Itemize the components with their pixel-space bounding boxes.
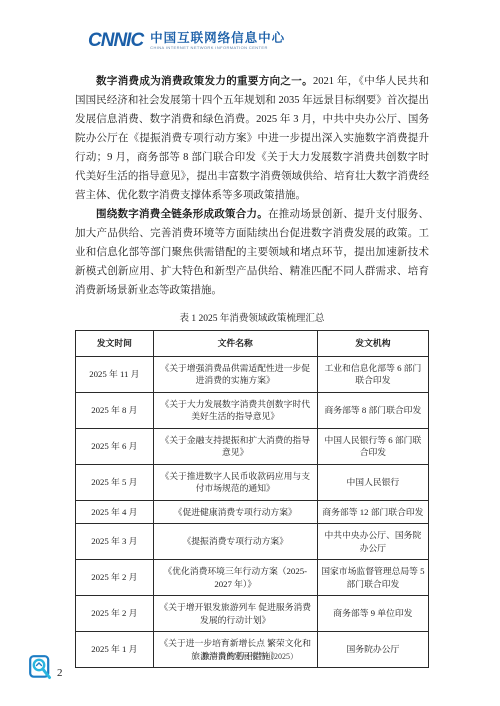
cell-date: 2025 年 5 月	[76, 464, 154, 500]
table-caption: 表 1 2025 年消费领域政策梳理汇总	[75, 310, 429, 324]
cell-doc: 《关于推进数字人民币收款码应用与支付市场规范的通知》	[153, 464, 317, 500]
cell-date: 2025 年 6 月	[76, 428, 154, 464]
cell-org: 国家市场监督管理总局等 5 部门联合印发	[317, 560, 428, 596]
document-body: 数字消费成为消费政策发力的重要方向之一。2021 年，《中华人民共和国国民经济和…	[75, 72, 429, 668]
cell-date: 2025 年 1 月	[76, 632, 154, 668]
cell-doc: 《关于大力发展数字消费共创数字时代美好生活的指导意见》	[153, 392, 317, 428]
table-row: 2025 年 8 月 《关于大力发展数字消费共创数字时代美好生活的指导意见》 商…	[76, 392, 429, 428]
footer-report-title: 数字消费发展报告（2025）	[0, 651, 500, 662]
cell-org: 商务部等 9 单位印发	[317, 596, 428, 632]
cell-date: 2025 年 4 月	[76, 500, 154, 524]
table-row: 2025 年 4 月 《促进健康消费专项行动方案》 商务部等 12 部门联合印发	[76, 500, 429, 524]
cnnic-english-name: CHINA INTERNET NETWORK INFORMATION CENTE…	[150, 46, 285, 50]
table-row: 2025 年 3 月 《提振消费专项行动方案》 中共中央办公厅、国务院办公厅	[76, 524, 429, 560]
column-header-org: 发文机构	[317, 331, 428, 357]
cell-org: 中国人民银行	[317, 464, 428, 500]
paragraph-1-lead: 数字消费成为消费政策发力的重要方向之一。	[96, 76, 313, 87]
cell-org: 工业和信息化部等 6 部门联合印发	[317, 356, 428, 392]
paragraph-2-lead: 围绕数字消费全链条形成政策合力。	[96, 209, 268, 220]
cell-date: 2025 年 11 月	[76, 356, 154, 392]
table-header-row: 发文时间 文件名称 发文机构	[76, 331, 429, 357]
table-row: 2025 年 5 月 《关于推进数字人民币收款码应用与支付市场规范的通知》 中国…	[76, 464, 429, 500]
table-row: 2025 年 1 月 《关于进一步培育新增长点 繁荣文化和旅游消费的若干措施》 …	[76, 632, 429, 668]
cell-doc: 《优化消费环境三年行动方案（2025-2027 年）》	[153, 560, 317, 596]
cell-doc: 《关于金融支持提振和扩大消费的指导意见》	[153, 428, 317, 464]
report-seal-icon	[29, 655, 52, 682]
cell-doc: 《提振消费专项行动方案》	[153, 524, 317, 560]
cell-org: 商务部等 12 部门联合印发	[317, 500, 428, 524]
paragraph-1: 数字消费成为消费政策发力的重要方向之一。2021 年，《中华人民共和国国民经济和…	[75, 72, 429, 205]
cnnic-chinese-name: 中国互联网络信息中心	[150, 32, 285, 45]
cell-doc: 《促进健康消费专项行动方案》	[153, 500, 317, 524]
cell-doc: 《关于增开银发旅游列车 促进服务消费发展的行动计划》	[153, 596, 317, 632]
cell-date: 2025 年 2 月	[76, 560, 154, 596]
cnnic-logo: CNNIC 中国互联网络信息中心 CHINA INTERNET NETWORK …	[88, 30, 285, 52]
table-row: 2025 年 2 月 《关于增开银发旅游列车 促进服务消费发展的行动计划》 商务…	[76, 596, 429, 632]
policy-table: 发文时间 文件名称 发文机构 2025 年 11 月 《关于增强消费品供需适配性…	[75, 330, 429, 668]
cell-date: 2025 年 8 月	[76, 392, 154, 428]
paragraph-2: 围绕数字消费全链条形成政策合力。在推动场景创新、提升支付服务、加大产品供给、完善…	[75, 205, 429, 300]
cell-org: 中国人民银行等 6 部门联合印发	[317, 428, 428, 464]
table-row: 2025 年 11 月 《关于增强消费品供需适配性进一步促进消费的实施方案》 工…	[76, 356, 429, 392]
cell-org: 中共中央办公厅、国务院办公厅	[317, 524, 428, 560]
paragraph-2-text: 在推动场景创新、提升支付服务、加大产品供给、完善消费环境等方面陆续出台促进数字消…	[75, 209, 429, 296]
cell-org: 国务院办公厅	[317, 632, 428, 668]
cell-doc: 《关于增强消费品供需适配性进一步促进消费的实施方案》	[153, 356, 317, 392]
cnnic-wordmark: CNNIC	[88, 30, 143, 52]
column-header-doc: 文件名称	[153, 331, 317, 357]
cell-org: 商务部等 8 部门联合印发	[317, 392, 428, 428]
column-header-date: 发文时间	[76, 331, 154, 357]
table-row: 2025 年 6 月 《关于金融支持提振和扩大消费的指导意见》 中国人民银行等 …	[76, 428, 429, 464]
cell-doc: 《关于进一步培育新增长点 繁荣文化和旅游消费的若干措施》	[153, 632, 317, 668]
cell-date: 2025 年 2 月	[76, 596, 154, 632]
paragraph-1-text: 2021 年，《中华人民共和国国民经济和社会发展第十四个五年规划和 2035 年…	[75, 76, 429, 201]
cnnic-logo-names: 中国互联网络信息中心 CHINA INTERNET NETWORK INFORM…	[150, 32, 285, 51]
page-number: 2	[57, 667, 63, 679]
table-row: 2025 年 2 月 《优化消费环境三年行动方案（2025-2027 年）》 国…	[76, 560, 429, 596]
cell-date: 2025 年 3 月	[76, 524, 154, 560]
